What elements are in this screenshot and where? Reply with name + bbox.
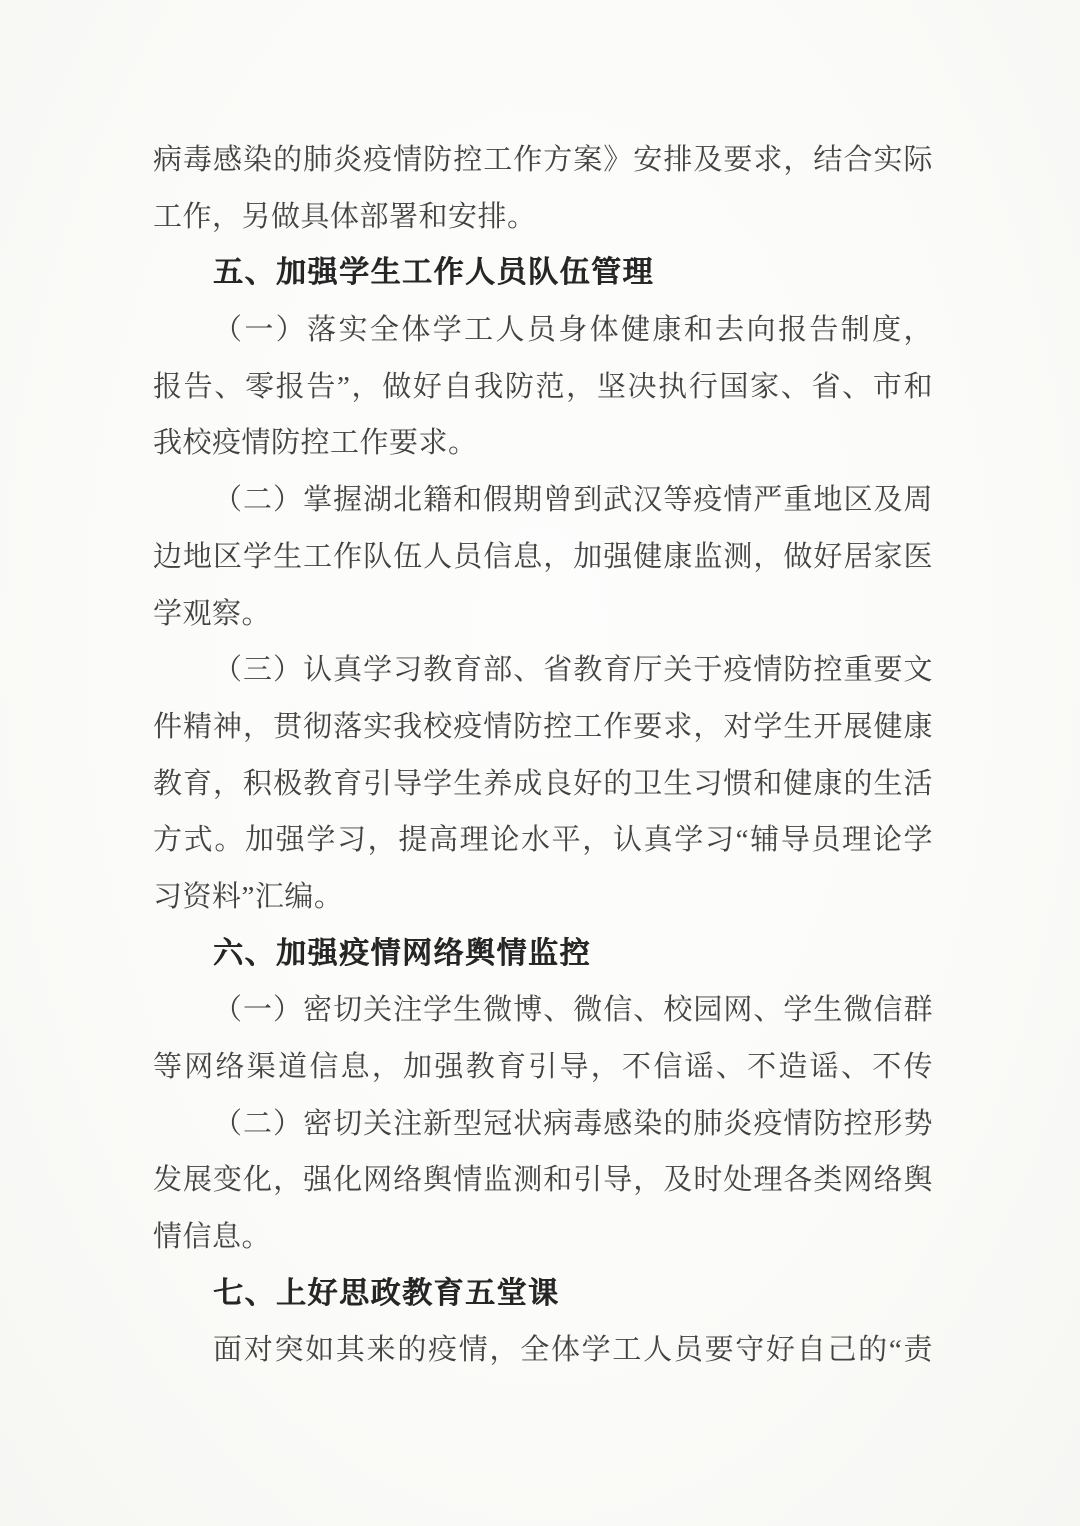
document-text-block: 病毒感染的肺炎疫情防控工作方案》安排及要求，结合实际 工作，另做具体部署和安排。… xyxy=(153,132,933,1379)
body-line: （一）落实全体学工人员身体健康和去向报告制度，“日 xyxy=(153,302,933,359)
body-line: 等网络渠道信息，加强教育引导，不信谣、不造谣、不传谣。 xyxy=(153,1039,933,1096)
body-line: 方式。加强学习，提高理论水平，认真学习“辅导员理论学 xyxy=(153,812,933,869)
body-line: 习资料”汇编。 xyxy=(153,869,933,926)
section-heading-7: 七、上好思政教育五堂课 xyxy=(153,1266,933,1323)
body-line: 教育，积极教育引导学生养成良好的卫生习惯和健康的生活 xyxy=(153,756,933,813)
body-line: 面对突如其来的疫情，全体学工人员要守好自己的“责 xyxy=(153,1322,933,1379)
document-page: 病毒感染的肺炎疫情防控工作方案》安排及要求，结合实际 工作，另做具体部署和安排。… xyxy=(0,0,1080,1526)
body-line: 边地区学生工作队伍人员信息，加强健康监测，做好居家医 xyxy=(153,529,933,586)
body-line: （二）掌握湖北籍和假期曾到武汉等疫情严重地区及周 xyxy=(153,472,933,529)
body-line: 报告、零报告”，做好自我防范，坚决执行国家、省、市和 xyxy=(153,359,933,416)
body-line: （一）密切关注学生微博、微信、校园网、学生微信群 xyxy=(153,982,933,1039)
body-line: 发展变化，强化网络舆情监测和引导，及时处理各类网络舆 xyxy=(153,1152,933,1209)
body-line: 工作，另做具体部署和安排。 xyxy=(153,189,933,246)
body-line: （二）密切关注新型冠状病毒感染的肺炎疫情防控形势 xyxy=(153,1096,933,1153)
body-line: 件精神，贯彻落实我校疫情防控工作要求，对学生开展健康 xyxy=(153,699,933,756)
body-line: 情信息。 xyxy=(153,1209,933,1266)
body-line: 学观察。 xyxy=(153,586,933,643)
section-heading-6: 六、加强疫情网络舆情监控 xyxy=(153,926,933,983)
body-line: （三）认真学习教育部、省教育厅关于疫情防控重要文 xyxy=(153,642,933,699)
section-heading-5: 五、加强学生工作人员队伍管理 xyxy=(153,245,933,302)
body-line: 病毒感染的肺炎疫情防控工作方案》安排及要求，结合实际 xyxy=(153,132,933,189)
body-line: 我校疫情防控工作要求。 xyxy=(153,415,933,472)
